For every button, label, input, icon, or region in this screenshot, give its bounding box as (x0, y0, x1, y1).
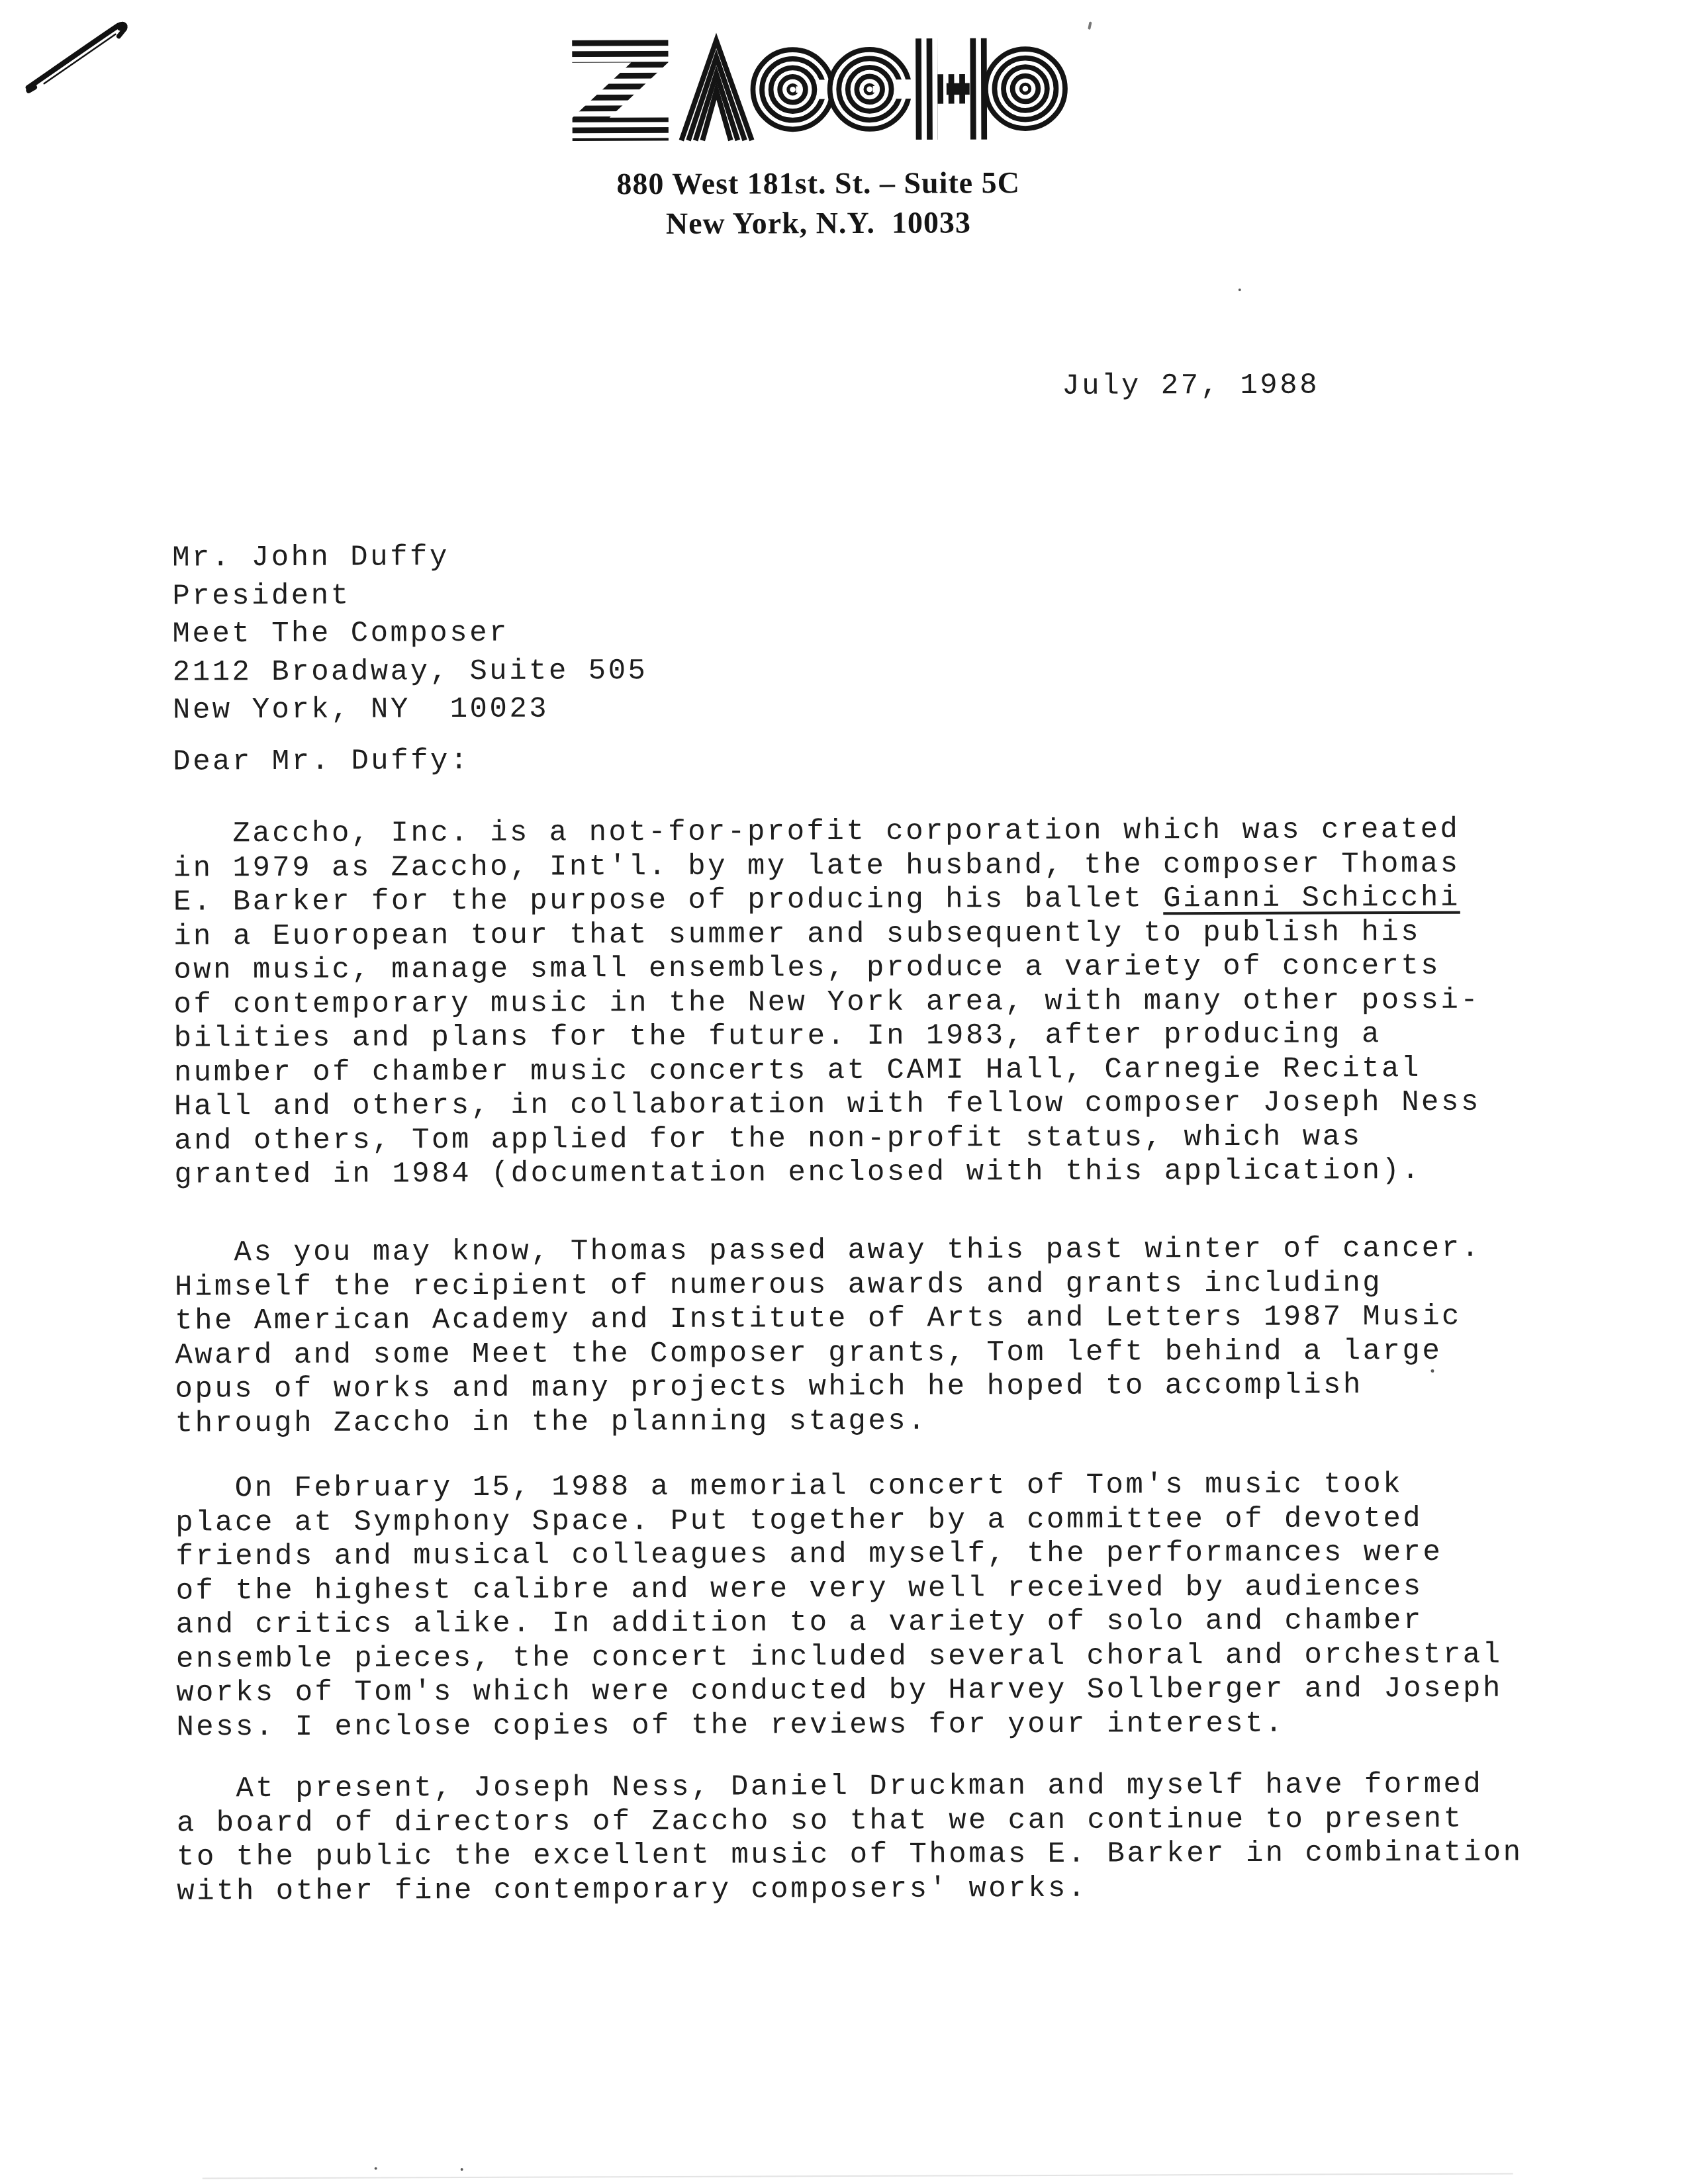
letterhead-address-line1: 880 West 181st. St. – Suite 5C (0, 163, 1640, 204)
letter-line: the American Academy and Institute of Ar… (175, 1300, 1481, 1339)
letter-line: On February 15, 1988 a memorial concert … (175, 1468, 1502, 1506)
letter-page: 880 West 181st. St. – Suite 5C New York,… (0, 0, 1688, 2184)
recipient-line: President (172, 576, 647, 616)
recipient-line: Mr. John Duffy (172, 538, 647, 578)
recipient-line: Meet The Composer (172, 614, 647, 654)
letter-line: Hall and others, in collaboration with f… (174, 1086, 1481, 1124)
letter-line: and critics alike. In addition to a vari… (176, 1604, 1503, 1643)
letter-line: bilities and plans for the future. In 19… (174, 1018, 1481, 1056)
letter-date: July 27, 1988 (1062, 369, 1319, 402)
paragraph: Zaccho, Inc. is a not-for-profit corpora… (173, 813, 1481, 1193)
scan-speck (1430, 1369, 1434, 1373)
letter-line: At present, Joseph Ness, Daniel Druckman… (177, 1768, 1523, 1807)
recipient-line: New York, NY 10023 (173, 690, 648, 730)
salutation: Dear Mr. Duffy: (173, 744, 470, 780)
zaccho-logo (567, 26, 1070, 154)
recipient-address-block: Mr. John DuffyPresidentMeet The Composer… (172, 538, 648, 730)
letter-line: with other fine contemporary composers' … (177, 1870, 1523, 1909)
letter-line: number of chamber music concerts at CAMI… (174, 1052, 1481, 1090)
letter-line: Ness. I enclose copies of the reviews fo… (176, 1706, 1503, 1745)
letter-line: Award and some Meet the Composer grants,… (175, 1334, 1481, 1373)
underlined-title: Gianni Schicchi (1163, 882, 1460, 916)
letter-line: works of Tom's which were conducted by H… (176, 1672, 1503, 1711)
letter-line: through Zaccho in the planning stages. (175, 1402, 1482, 1441)
letter-line: E. Barker for the purpose of producing h… (173, 882, 1480, 920)
letter-line: own music, manage small ensembles, produ… (173, 950, 1480, 988)
letter-line: in 1979 as Zaccho, Int'l. by my late hus… (173, 847, 1480, 886)
paragraph: On February 15, 1988 a memorial concert … (175, 1468, 1503, 1745)
letter-line: of the highest calibre and were very wel… (176, 1570, 1503, 1608)
letter-line: opus of works and many projects which he… (175, 1369, 1481, 1407)
scan-speck (1088, 21, 1092, 30)
letter-line: As you may know, Thomas passed away this… (175, 1232, 1481, 1271)
letter-line: in a Euoropean tour that summer and subs… (173, 915, 1480, 954)
letter-line: friends and musical colleagues and mysel… (175, 1536, 1502, 1574)
paragraph: At present, Joseph Ness, Daniel Druckman… (177, 1768, 1523, 1909)
pen-mark-icon (21, 15, 134, 98)
scan-speck (461, 2168, 463, 2171)
letter-body: Dear Mr. Duffy: Zaccho, Inc. is a not-fo… (173, 740, 1581, 2002)
letter-line: and others, Tom applied for the non-prof… (174, 1120, 1481, 1158)
letter-line: Zaccho, Inc. is a not-for-profit corpora… (173, 813, 1480, 852)
letter-line: ensemble pieces, the concert included se… (176, 1638, 1503, 1676)
letterhead-address-line2: New York, N.Y. 10033 (0, 203, 1640, 244)
recipient-line: 2112 Broadway, Suite 505 (173, 653, 648, 692)
scan-artifact-line (203, 2173, 1513, 2179)
scan-speck (1239, 289, 1241, 291)
letter-line: of contemporary music in the New York ar… (173, 983, 1480, 1022)
scan-speck (375, 2167, 377, 2169)
letter-line: place at Symphony Space. Put together by… (175, 1502, 1502, 1540)
letter-line: a board of directors of Zaccho so that w… (177, 1802, 1523, 1841)
line-text: E. Barker for the purpose of producing h… (173, 882, 1163, 919)
letter-line: Himself the recipient of numerous awards… (175, 1266, 1481, 1304)
paragraph: As you may know, Thomas passed away this… (175, 1232, 1482, 1441)
letter-line: granted in 1984 (documentation enclosed … (174, 1154, 1481, 1193)
letter-line: to the public the excellent music of Tho… (177, 1836, 1523, 1875)
